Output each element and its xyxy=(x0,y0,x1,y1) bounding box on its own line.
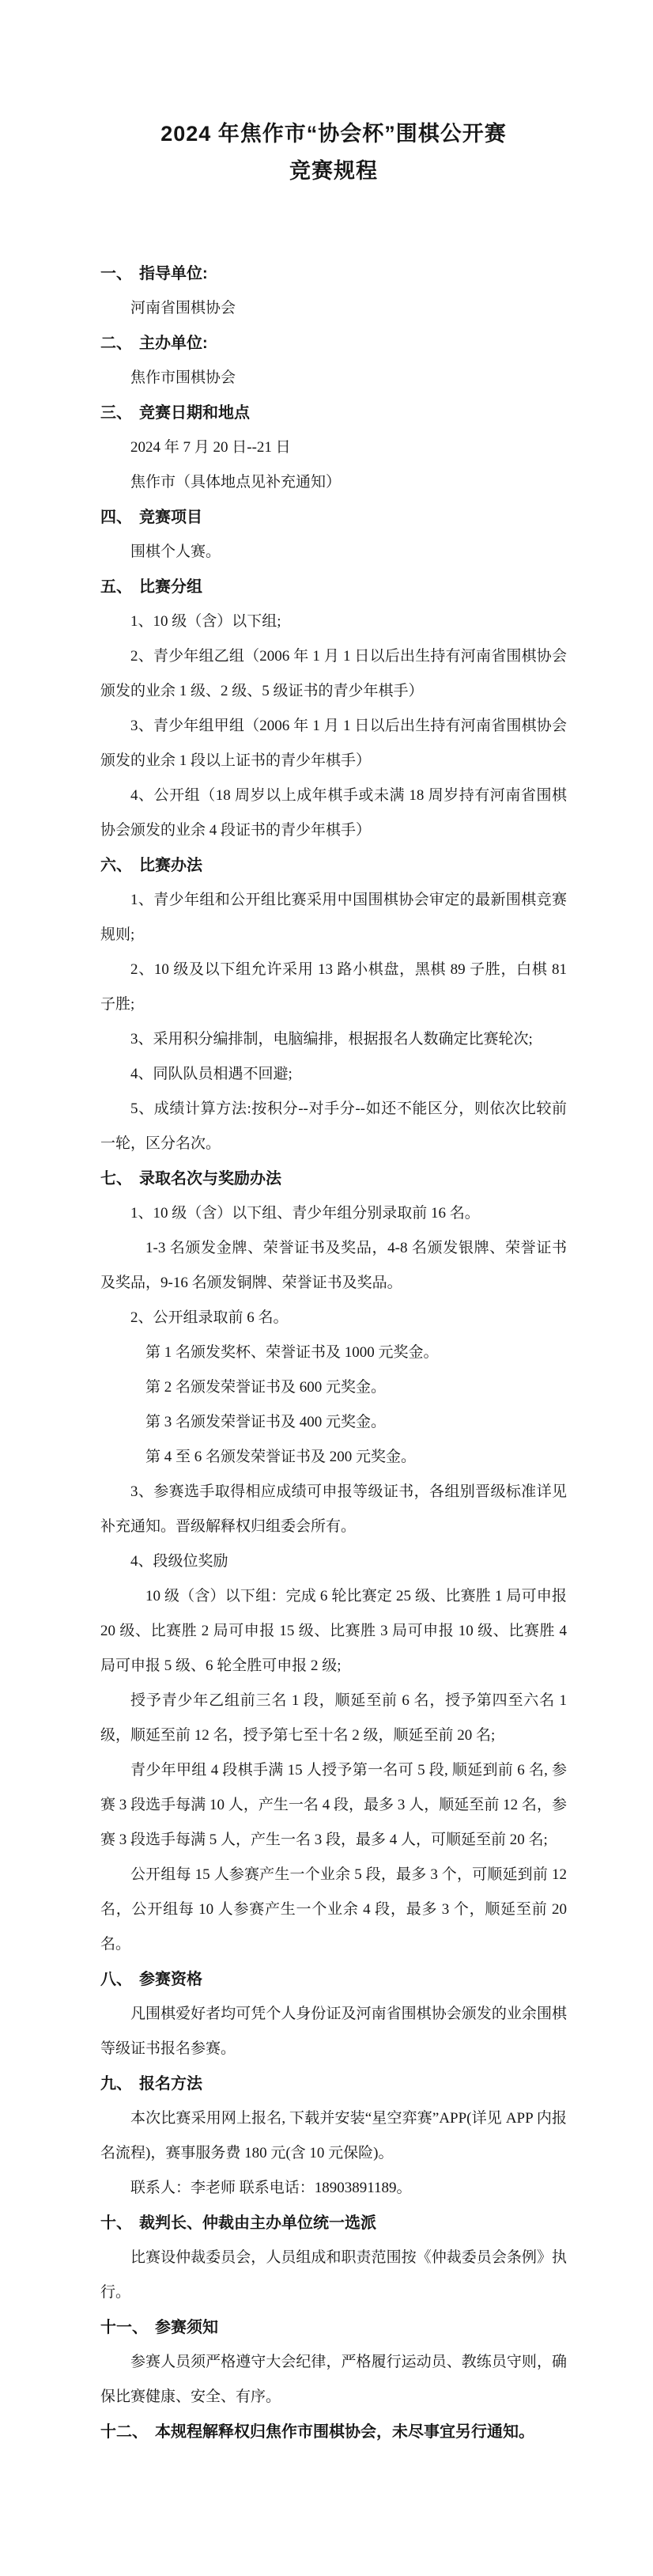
section-heading: 十一、参赛须知 xyxy=(100,2310,567,2345)
section-number: 七、 xyxy=(100,1170,132,1188)
section-number: 五、 xyxy=(100,578,132,596)
section-title: 参赛须知 xyxy=(155,2319,218,2336)
paragraph: 第 2 名颁发荣誉证书及 600 元奖金。 xyxy=(100,1370,567,1405)
section-title: 报名方法 xyxy=(139,2075,202,2093)
paragraph: 第 3 名颁发荣誉证书及 400 元奖金。 xyxy=(100,1405,567,1440)
paragraph: 3、采用积分编排制，电脑编排，根据报名人数确定比赛轮次; xyxy=(100,1022,567,1057)
paragraph: 联系人：李老师 联系电话：18903891189。 xyxy=(100,2171,567,2206)
document-page: 2024 年焦作市“协会杯”围棋公开赛 竞赛规程 一、指导单位:河南省围棋协会二… xyxy=(0,0,653,2576)
section-title: 参赛资格 xyxy=(139,1971,202,1988)
paragraph: 比赛设仲裁委员会，人员组成和职责范围按《仲裁委员会条例》执行。 xyxy=(100,2241,567,2310)
section-heading: 二、主办单位: xyxy=(100,326,567,361)
paragraph: 1、青少年组和公开组比赛采用中国围棋协会审定的最新围棋竞赛规则; xyxy=(100,883,567,953)
paragraph: 焦作市围棋协会 xyxy=(100,361,567,396)
paragraph: 围棋个人赛。 xyxy=(100,535,567,570)
paragraph: 河南省围棋协会 xyxy=(100,291,567,326)
section-heading: 八、参赛资格 xyxy=(100,1962,567,1997)
section-heading: 四、竞赛项目 xyxy=(100,500,567,535)
section-heading: 十二、本规程解释权归焦作市围棋协会，未尽事宜另行通知。 xyxy=(100,2415,567,2449)
paragraph: 参赛人员须严格遵守大会纪律，严格履行运动员、教练员守则，确保比赛健康、安全、有序… xyxy=(100,2345,567,2415)
paragraph: 焦作市（具体地点见补充通知） xyxy=(100,465,567,500)
section-number: 六、 xyxy=(100,857,132,874)
paragraph: 第 1 名颁发奖杯、荣誉证书及 1000 元奖金。 xyxy=(100,1335,567,1370)
section-heading: 三、竞赛日期和地点 xyxy=(100,396,567,430)
section-title: 比赛办法 xyxy=(139,857,202,874)
paragraph: 10 级（含）以下组：完成 6 轮比赛定 25 级、比赛胜 1 局可申报 20 … xyxy=(100,1579,567,1684)
section-number: 十一、 xyxy=(100,2319,148,2336)
document-body: 一、指导单位:河南省围棋协会二、主办单位:焦作市围棋协会三、竞赛日期和地点202… xyxy=(100,256,567,2449)
section-title: 比赛分组 xyxy=(139,578,202,596)
section-heading: 九、报名方法 xyxy=(100,2066,567,2101)
section-heading: 六、比赛办法 xyxy=(100,848,567,883)
section-title: 主办单位: xyxy=(139,335,208,352)
section-title: 本规程解释权归焦作市围棋协会，未尽事宜另行通知。 xyxy=(155,2423,534,2441)
paragraph: 2024 年 7 月 20 日--21 日 xyxy=(100,430,567,465)
section-heading: 一、指导单位: xyxy=(100,256,567,291)
paragraph: 1-3 名颁发金牌、荣誉证书及奖品，4-8 名颁发银牌、荣誉证书及奖品，9-16… xyxy=(100,1231,567,1301)
paragraph: 2、10 级及以下组允许采用 13 路小棋盘，黑棋 89 子胜，白棋 81 子胜… xyxy=(100,953,567,1022)
section-number: 三、 xyxy=(100,404,132,422)
paragraph: 4、段级位奖励 xyxy=(100,1544,567,1579)
section-number: 二、 xyxy=(100,335,132,352)
section-title: 录取名次与奖励办法 xyxy=(139,1170,281,1188)
section-number: 八、 xyxy=(100,1971,132,1988)
paragraph: 授予青少年乙组前三名 1 段，顺延至前 6 名，授予第四至六名 1 级，顺延至前… xyxy=(100,1684,567,1753)
section-heading: 十、裁判长、仲裁由主办单位统一选派 xyxy=(100,2206,567,2241)
paragraph: 4、同队队员相遇不回避; xyxy=(100,1057,567,1092)
section-title: 竞赛项目 xyxy=(139,509,202,526)
section-number: 四、 xyxy=(100,509,132,526)
section-number: 十二、 xyxy=(100,2423,148,2441)
paragraph: 公开组每 15 人参赛产生一个业余 5 段，最多 3 个，可顺延到前 12 名，… xyxy=(100,1858,567,1962)
section-title: 裁判长、仲裁由主办单位统一选派 xyxy=(139,2214,376,2232)
section-number: 九、 xyxy=(100,2075,132,2093)
paragraph: 2、公开组录取前 6 名。 xyxy=(100,1301,567,1335)
paragraph: 3、青少年组甲组（2006 年 1 月 1 日以后出生持有河南省围棋协会颁发的业… xyxy=(100,709,567,778)
document-title-line1: 2024 年焦作市“协会杯”围棋公开赛 xyxy=(100,116,567,153)
section-title: 竞赛日期和地点 xyxy=(139,404,250,422)
paragraph: 3、参赛选手取得相应成绩可申报等级证书，各组别晋级标准详见补充通知。晋级解释权归… xyxy=(100,1475,567,1544)
paragraph: 4、公开组（18 周岁以上成年棋手或未满 18 周岁持有河南省围棋协会颁发的业余… xyxy=(100,778,567,848)
paragraph: 1、10 级（含）以下组、青少年组分别录取前 16 名。 xyxy=(100,1196,567,1231)
paragraph: 第 4 至 6 名颁发荣誉证书及 200 元奖金。 xyxy=(100,1440,567,1475)
section-heading: 七、录取名次与奖励办法 xyxy=(100,1161,567,1196)
section-heading: 五、比赛分组 xyxy=(100,570,567,604)
paragraph: 青少年甲组 4 段棋手满 15 人授予第一名可 5 段, 顺延到前 6 名, 参… xyxy=(100,1753,567,1858)
section-title: 指导单位: xyxy=(139,265,208,282)
paragraph: 1、10 级（含）以下组; xyxy=(100,604,567,639)
document-title-line2: 竞赛规程 xyxy=(100,153,567,190)
paragraph: 2、青少年组乙组（2006 年 1 月 1 日以后出生持有河南省围棋协会颁发的业… xyxy=(100,639,567,709)
paragraph: 本次比赛采用网上报名, 下载并安装“星空弈赛”APP(详见 APP 内报名流程)… xyxy=(100,2101,567,2171)
section-number: 一、 xyxy=(100,265,132,282)
document-title: 2024 年焦作市“协会杯”围棋公开赛 竞赛规程 xyxy=(100,116,567,190)
section-number: 十、 xyxy=(100,2214,132,2232)
paragraph: 5、成绩计算方法:按积分--对手分--如还不能区分，则依次比较前一轮，区分名次。 xyxy=(100,1092,567,1161)
paragraph: 凡围棋爱好者均可凭个人身份证及河南省围棋协会颁发的业余围棋等级证书报名参赛。 xyxy=(100,1997,567,2066)
